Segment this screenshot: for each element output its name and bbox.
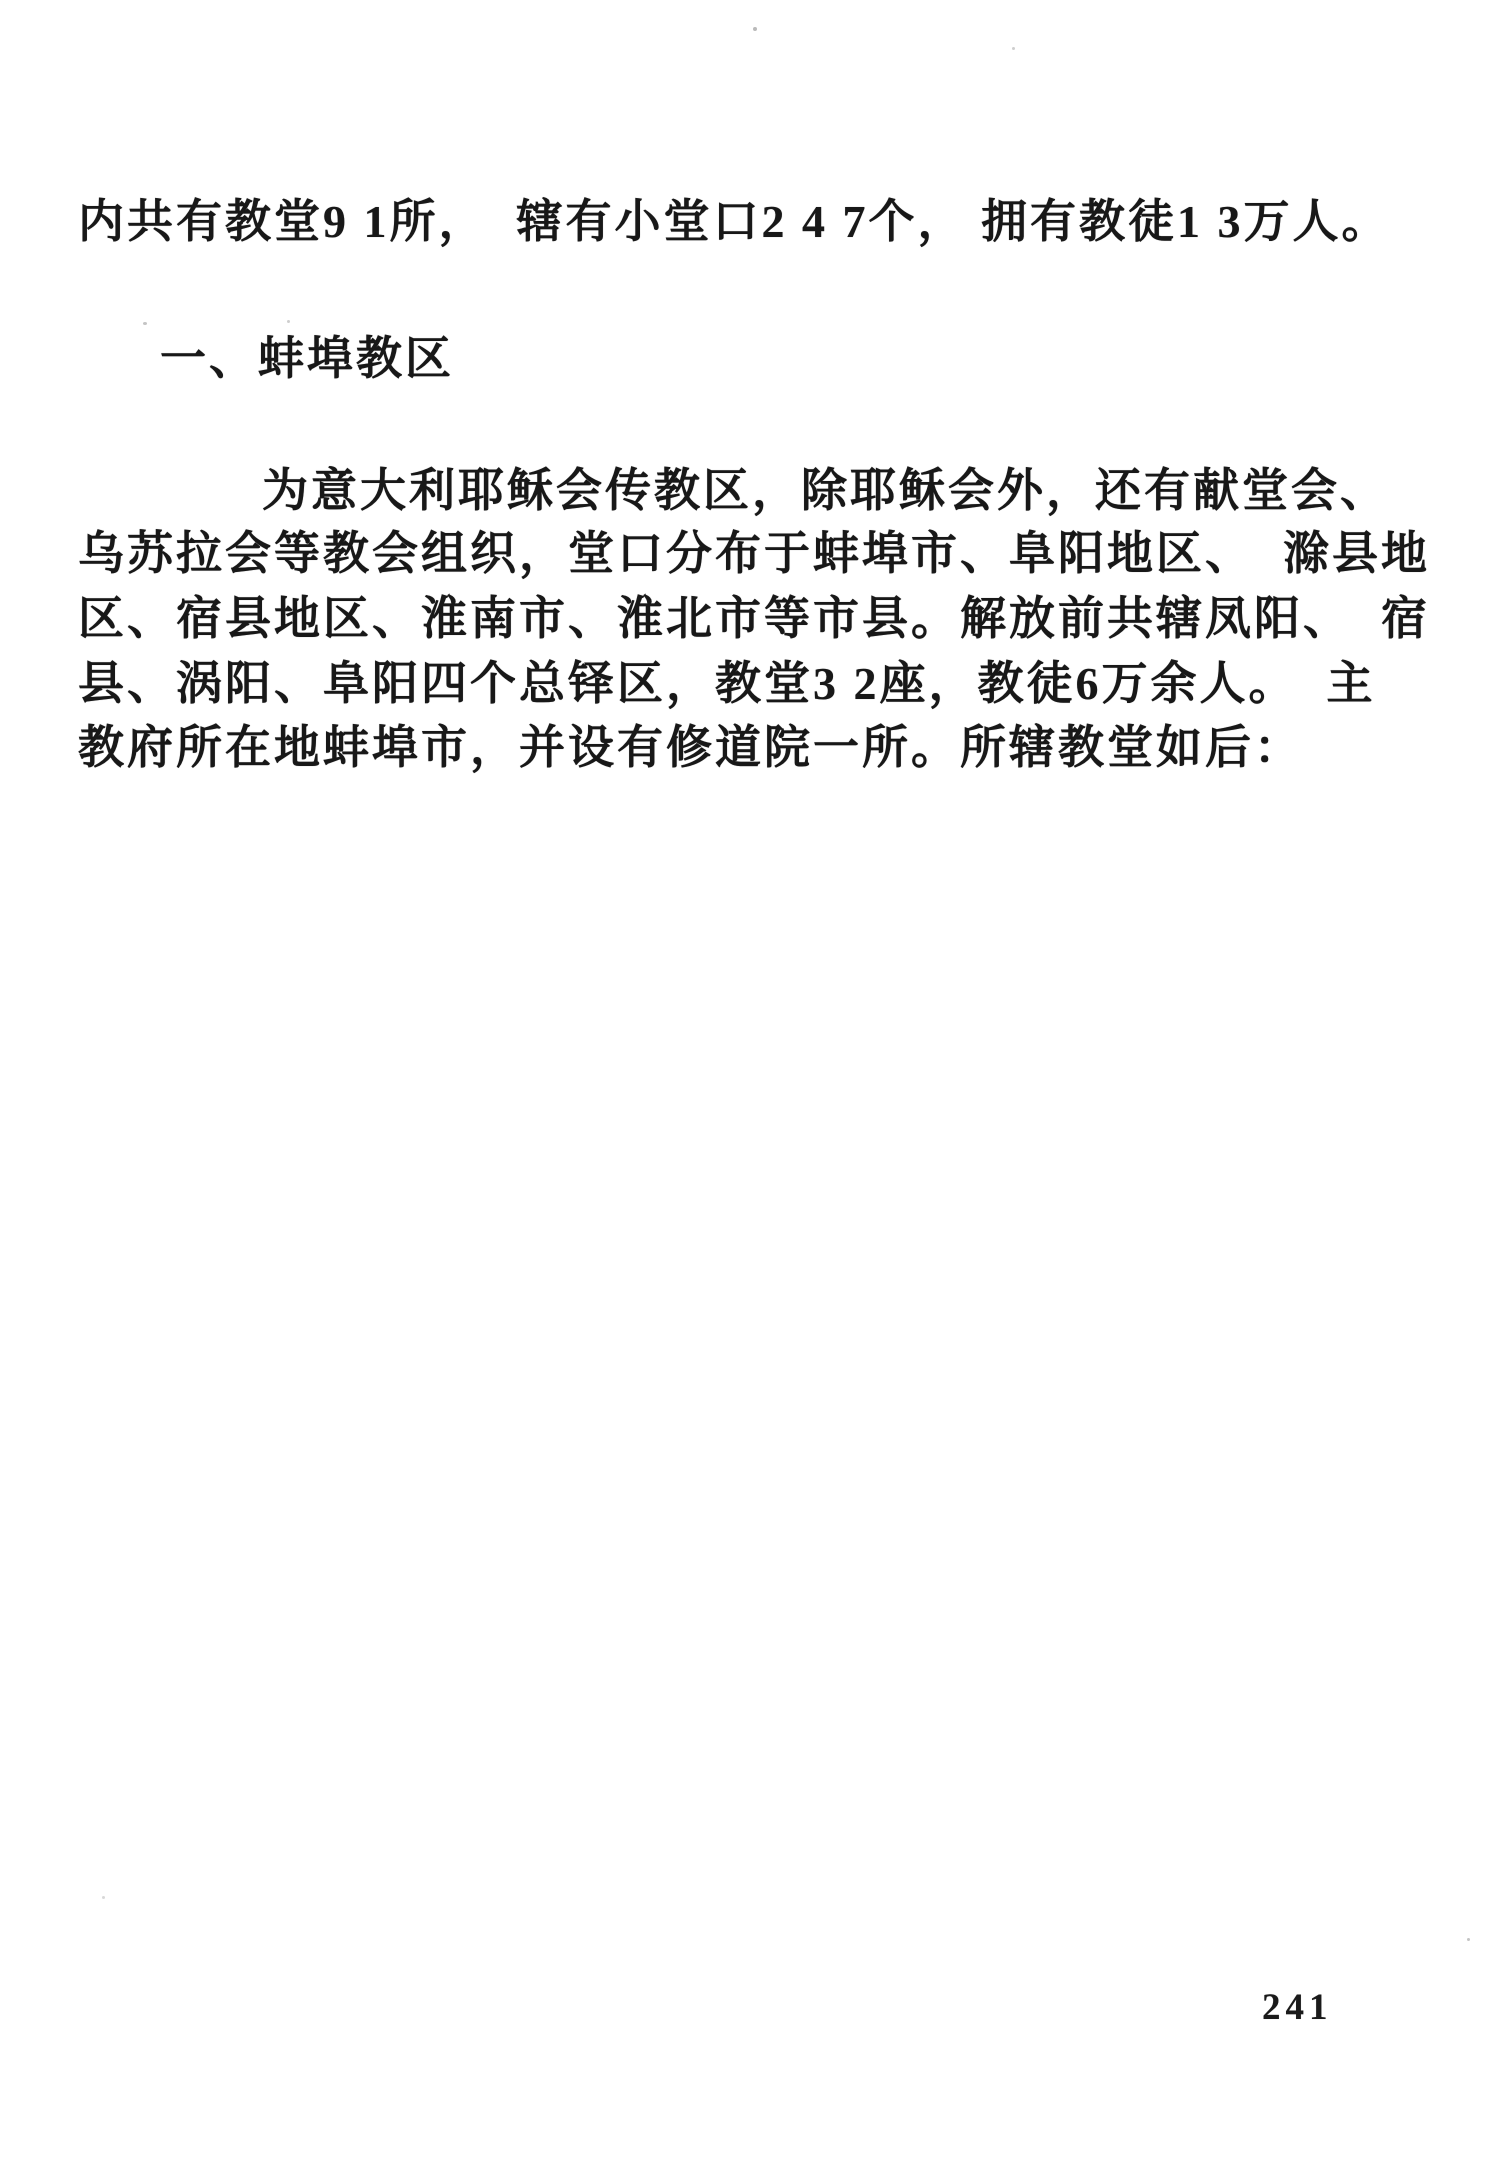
scan-speck xyxy=(753,27,757,31)
paragraph-line: 区、宿县地区、淮南市、淮北市等市县。解放前共辖凤阳、 宿 xyxy=(78,593,1430,645)
scan-speck xyxy=(102,1896,105,1899)
paragraph-line: 县、涡阳、阜阳四个总铎区，教堂3 2座，教徒6万余人。 主 xyxy=(78,658,1376,710)
page-number: 241 xyxy=(1262,1986,1333,2029)
scan-speck xyxy=(1467,1938,1470,1941)
paragraph-line: 教府所在地蚌埠市，并设有修道院一所。所辖教堂如后： xyxy=(78,722,1303,774)
scan-speck xyxy=(287,320,290,323)
paragraph-line: 乌苏拉会等教会组织，堂口分布于蚌埠市、阜阳地区、 滁县地 xyxy=(78,528,1430,580)
paragraph-line: 为意大利耶稣会传教区，除耶稣会外，还有献堂会、 xyxy=(262,465,1389,517)
document-page: 内共有教堂9 1所， 辖有小堂口2 4 7个， 拥有教徒1 3万人。 一、蚌埠教… xyxy=(0,0,1500,2160)
section-heading: 一、蚌埠教区 xyxy=(160,333,454,385)
intro-text-line: 内共有教堂9 1所， 辖有小堂口2 4 7个， 拥有教徒1 3万人。 xyxy=(78,196,1391,248)
scan-speck xyxy=(143,322,147,325)
scan-speck xyxy=(1012,47,1015,50)
